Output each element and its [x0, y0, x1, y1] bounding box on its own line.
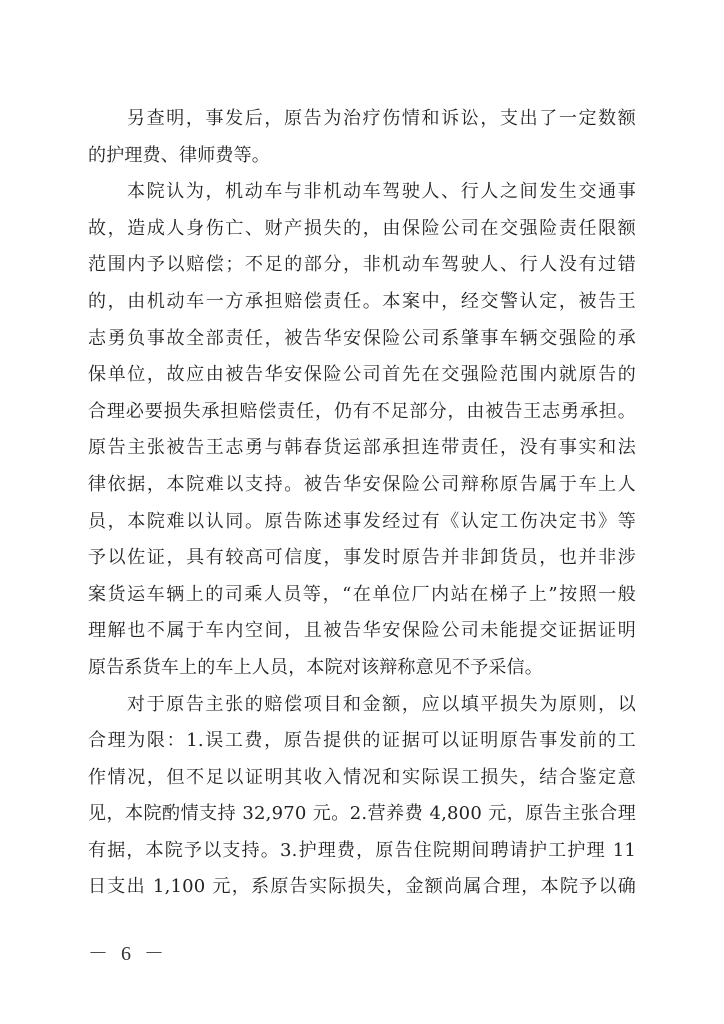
text-line: 保单位，故应由被告华安保险公司首先在交强险范围内就原告的	[88, 357, 636, 394]
text-line: 员，本院难以认同。原告陈述事发经过有《认定工伤决定书》等	[88, 504, 636, 541]
text-line: 另查明，事发后，原告为治疗伤情和诉讼，支出了一定数额	[88, 101, 636, 138]
text-line: 日支出 1,100 元，系原告实际损失，金额尚属合理，本院予以确	[88, 869, 636, 906]
text-line: 合理为限：1.误工费，原告提供的证据可以证明原告事发前的工	[88, 723, 636, 760]
text-line: 范围内予以赔偿；不足的部分，非机动车驾驶人、行人没有过错	[88, 247, 636, 284]
text-line: 的，由机动车一方承担赔偿责任。本案中，经交警认定，被告王	[88, 284, 636, 321]
text-line: 予以佐证，具有较高可信度，事发时原告并非卸货员，也并非涉	[88, 540, 636, 577]
body-text: 另查明，事发后，原告为治疗伤情和诉讼，支出了一定数额的护理费、律师费等。本院认为…	[88, 101, 636, 906]
text-line: 的护理费、律师费等。	[88, 138, 636, 175]
text-line: 故，造成人身伤亡、财产损失的，由保险公司在交强险责任限额	[88, 211, 636, 248]
text-line: 有据，本院予以支持。3.护理费，原告住院期间聘请护工护理 11	[88, 833, 636, 870]
text-line: 合理必要损失承担赔偿责任，仍有不足部分，由被告王志勇承担。	[88, 394, 636, 431]
text-line: 律依据，本院难以支持。被告华安保险公司辩称原告属于车上人	[88, 467, 636, 504]
text-line: 原告主张被告王志勇与韩春货运部承担连带责任，没有事实和法	[88, 430, 636, 467]
text-line: 见，本院酌情支持 32,970 元。2.营养费 4,800 元，原告主张合理	[88, 796, 636, 833]
page-number: － 6 －	[88, 937, 168, 966]
text-line: 作情况，但不足以证明其收入情况和实际误工损失，结合鉴定意	[88, 760, 636, 797]
text-line: 志勇负事故全部责任，被告华安保险公司系肇事车辆交强险的承	[88, 321, 636, 358]
text-line: 案货运车辆上的司乘人员等，“在单位厂内站在梯子上”按照一般	[88, 577, 636, 614]
document-page: 另查明，事发后，原告为治疗伤情和诉讼，支出了一定数额的护理费、律师费等。本院认为…	[0, 0, 724, 1024]
text-line: 本院认为，机动车与非机动车驾驶人、行人之间发生交通事	[88, 174, 636, 211]
text-line: 理解也不属于车内空间，且被告华安保险公司未能提交证据证明	[88, 613, 636, 650]
text-line: 对于原告主张的赔偿项目和金额，应以填平损失为原则，以	[88, 687, 636, 724]
text-line: 原告系货车上的车上人员，本院对该辩称意见不予采信。	[88, 650, 636, 687]
